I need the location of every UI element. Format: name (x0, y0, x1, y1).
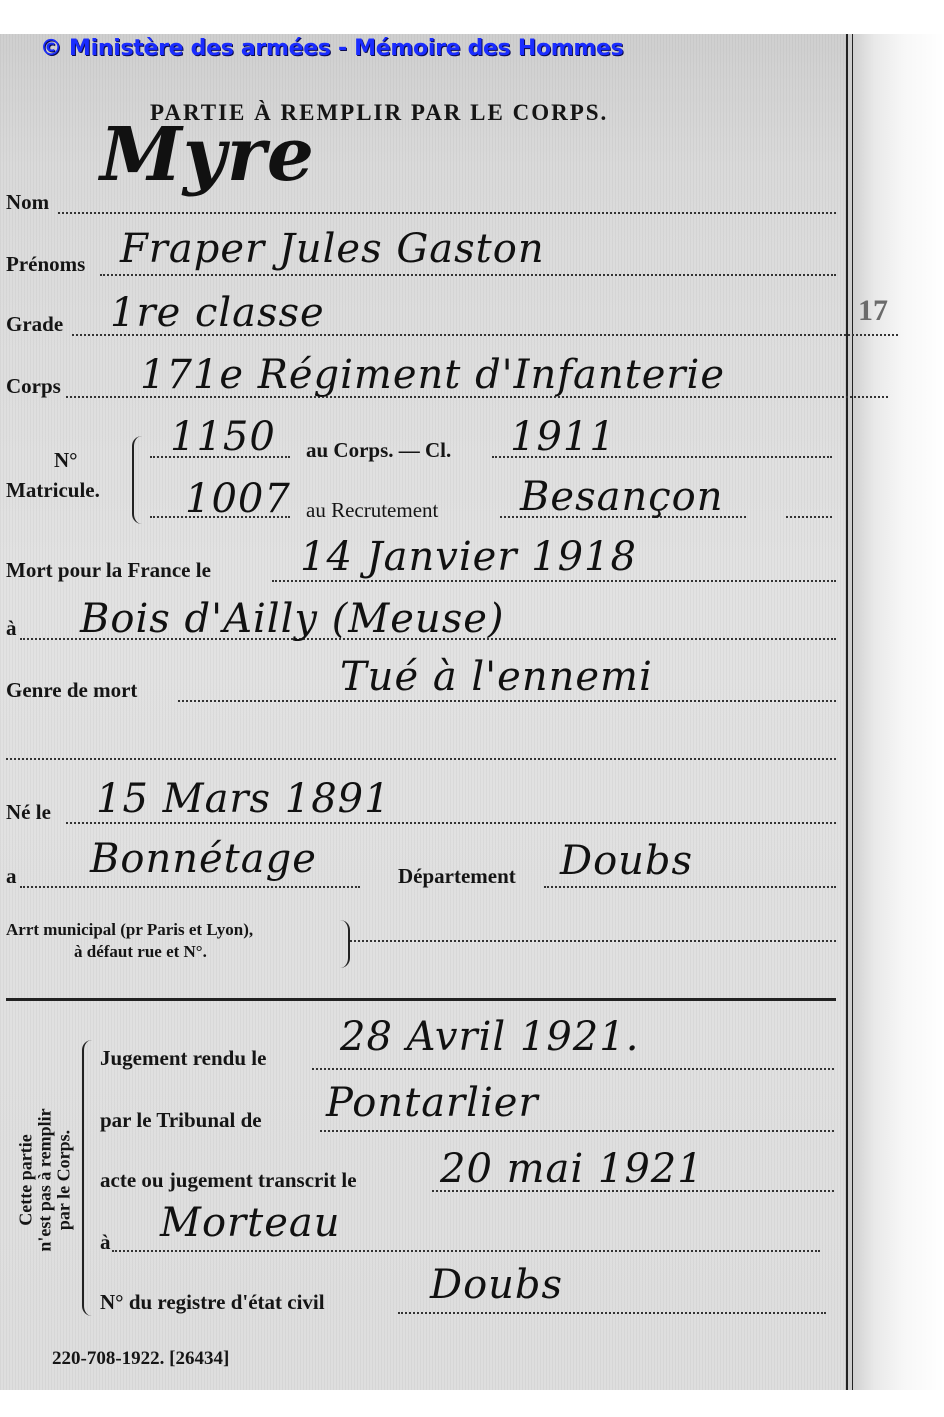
ne-le-value: 15 Mars 1891 (96, 776, 391, 822)
registre-line (398, 1312, 826, 1314)
ne-le-label: Né le (6, 800, 51, 825)
departement-line (544, 886, 836, 888)
nom-line (58, 212, 836, 214)
grade-value: 1re classe (110, 290, 325, 336)
side-note: Cette partie n'est pas à remplir par le … (10, 1080, 80, 1280)
departement-label: Département (398, 864, 516, 889)
blank-line (6, 758, 836, 760)
transcrit-le-value: 20 mai 1921 (440, 1146, 704, 1192)
prenoms-line (100, 274, 836, 276)
ne-le-line (66, 822, 836, 824)
classe-value: 1911 (510, 414, 616, 460)
mort-a-value: Bois d'Ailly (Meuse) (80, 596, 505, 642)
matricule-label-no: N° (54, 448, 78, 473)
matricule-recrutement-number: 1007 (185, 476, 291, 522)
copyright-watermark: © Ministère des armées - Mémoire des Hom… (40, 36, 623, 61)
matricule-corps-number: 1150 (170, 414, 276, 460)
recrutement-line-end (786, 516, 832, 518)
corps-label: Corps (6, 374, 61, 399)
jugement-rendu-line (312, 1068, 834, 1070)
side-note-line-1: Cette partie (17, 1108, 36, 1251)
ne-a-label: a (6, 864, 17, 889)
section-divider (6, 998, 836, 1001)
matricule-brace (132, 436, 144, 524)
prenoms-label: Prénoms (6, 252, 85, 277)
matricule-recrutement-label: au Recrutement (306, 498, 438, 523)
transcrit-a-line (112, 1250, 820, 1252)
matricule-label: Matricule. (6, 478, 100, 503)
arrondissement-label: Arrt municipal (pr Paris et Lyon), (6, 920, 253, 940)
margin-stamp: 17 (858, 294, 888, 328)
matricule-corps-label: au Corps. — Cl. (306, 438, 451, 463)
departement-value: Doubs (560, 838, 693, 884)
genre-de-mort-value: Tué à l'ennemi (340, 654, 653, 700)
side-note-line-2: n'est pas à remplir (36, 1108, 55, 1251)
mort-le-line (272, 580, 836, 582)
grade-label: Grade (6, 312, 63, 337)
transcrit-a-value: Morteau (160, 1200, 341, 1246)
arrondissement-brace (338, 920, 350, 968)
nom-value: Myre (100, 112, 315, 198)
jugement-brace (82, 1040, 94, 1316)
genre-de-mort-label: Genre de mort (6, 678, 137, 703)
print-reference: 220-708-1922. [26434] (52, 1348, 229, 1370)
transcrit-le-label: acte ou jugement transcrit le (100, 1168, 357, 1193)
mort-le-label: Mort pour la France le (6, 558, 211, 583)
arrondissement-line (350, 940, 836, 942)
bottom-margin (0, 1390, 944, 1417)
genre-de-mort-line (178, 700, 836, 702)
prenoms-value: Fraper Jules Gaston (120, 226, 545, 272)
ne-a-line (20, 886, 360, 888)
mort-a-label: à (6, 616, 17, 641)
transcrit-a-label: à (100, 1230, 111, 1255)
margin-rule (846, 34, 848, 1390)
registre-value: Doubs (430, 1262, 563, 1308)
tribunal-value: Pontarlier (326, 1080, 539, 1126)
mort-le-value: 14 Janvier 1918 (300, 534, 637, 580)
side-note-line-3: par le Corps. (55, 1108, 74, 1251)
paper-edge (845, 34, 944, 1390)
ne-a-value: Bonnétage (90, 836, 317, 882)
margin-rule-inner (852, 34, 853, 1390)
recrutement-value: Besançon (520, 474, 723, 520)
tribunal-label: par le Tribunal de (100, 1108, 262, 1133)
jugement-rendu-label: Jugement rendu le (100, 1046, 266, 1071)
arrondissement-label-2: à défaut rue et N°. (74, 942, 207, 962)
jugement-rendu-value: 28 Avril 1921. (340, 1014, 639, 1060)
registre-label: N° du registre d'état civil (100, 1290, 325, 1315)
nom-label: Nom (6, 190, 49, 215)
tribunal-line (320, 1130, 834, 1132)
corps-value: 171e Régiment d'Infanterie (140, 352, 725, 398)
